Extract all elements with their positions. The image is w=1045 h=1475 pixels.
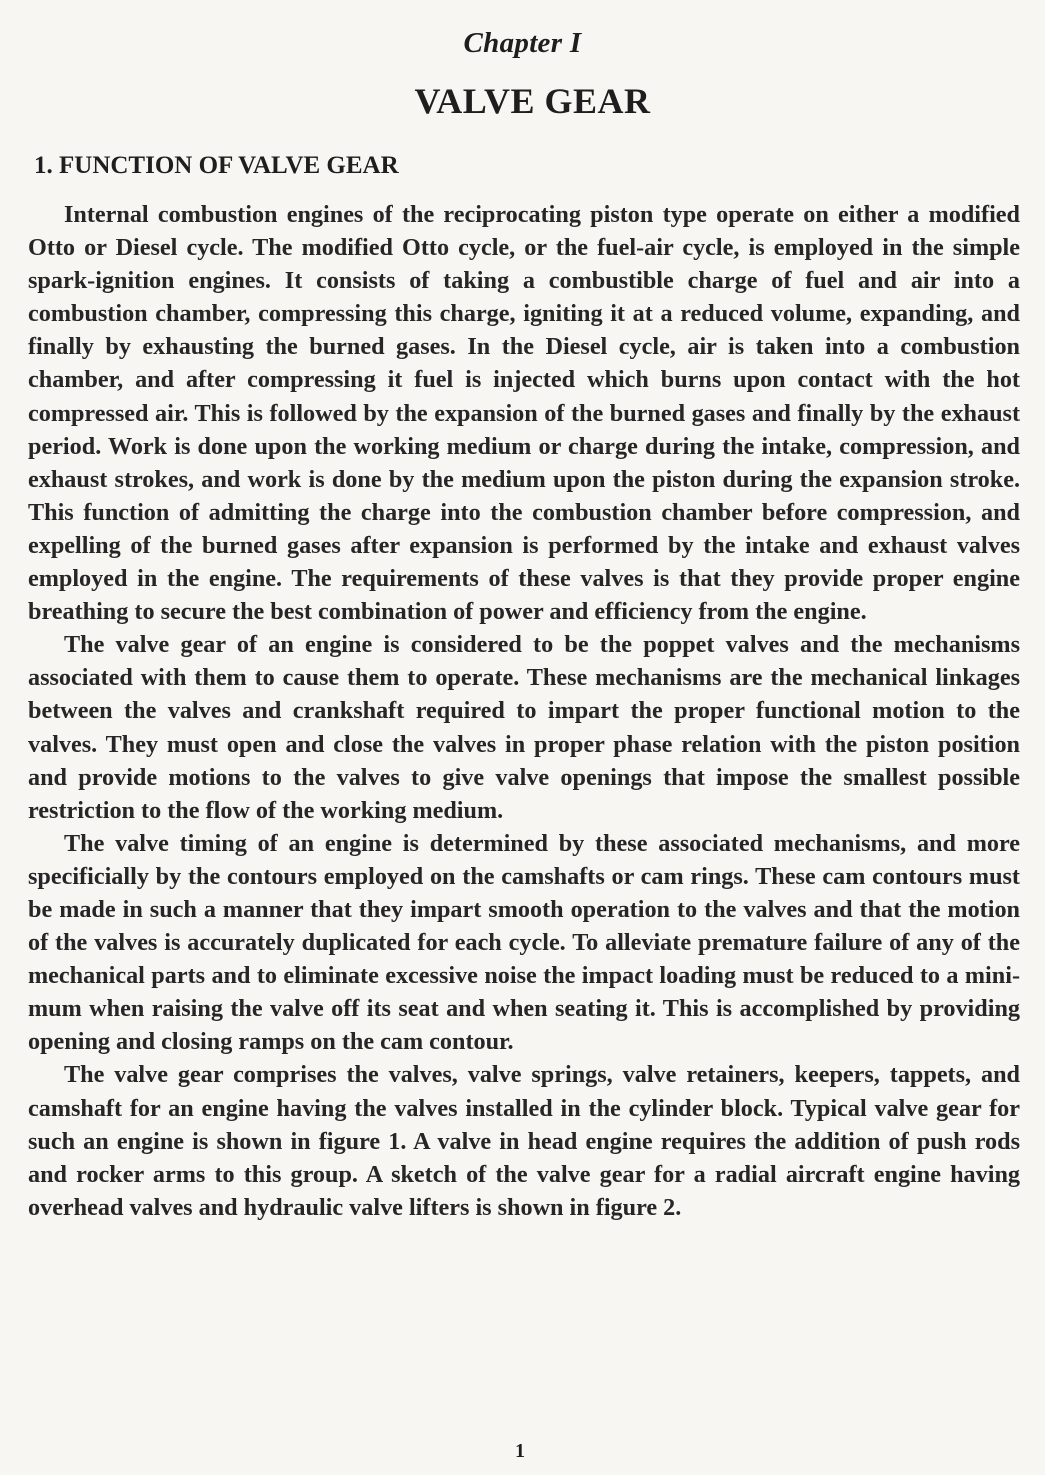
chapter-title: VALVE GEAR — [0, 80, 1045, 122]
paragraph-2: The valve gear of an engine is considere… — [28, 628, 1020, 827]
paragraph-3: The valve timing of an engine is determi… — [28, 827, 1020, 1059]
paragraph-4: The valve gear comprises the valves, val… — [28, 1058, 1020, 1223]
paragraph-1: Internal combustion engines of the recip… — [28, 198, 1020, 628]
document-page: Chapter I VALVE GEAR 1. FUNCTION OF VALV… — [0, 0, 1045, 1475]
section-heading: 1. FUNCTION OF VALVE GEAR — [34, 152, 399, 180]
chapter-label: Chapter I — [0, 27, 1045, 60]
page-number: 1 — [0, 1440, 1040, 1463]
body-text: Internal combustion engines of the recip… — [28, 198, 1020, 1224]
